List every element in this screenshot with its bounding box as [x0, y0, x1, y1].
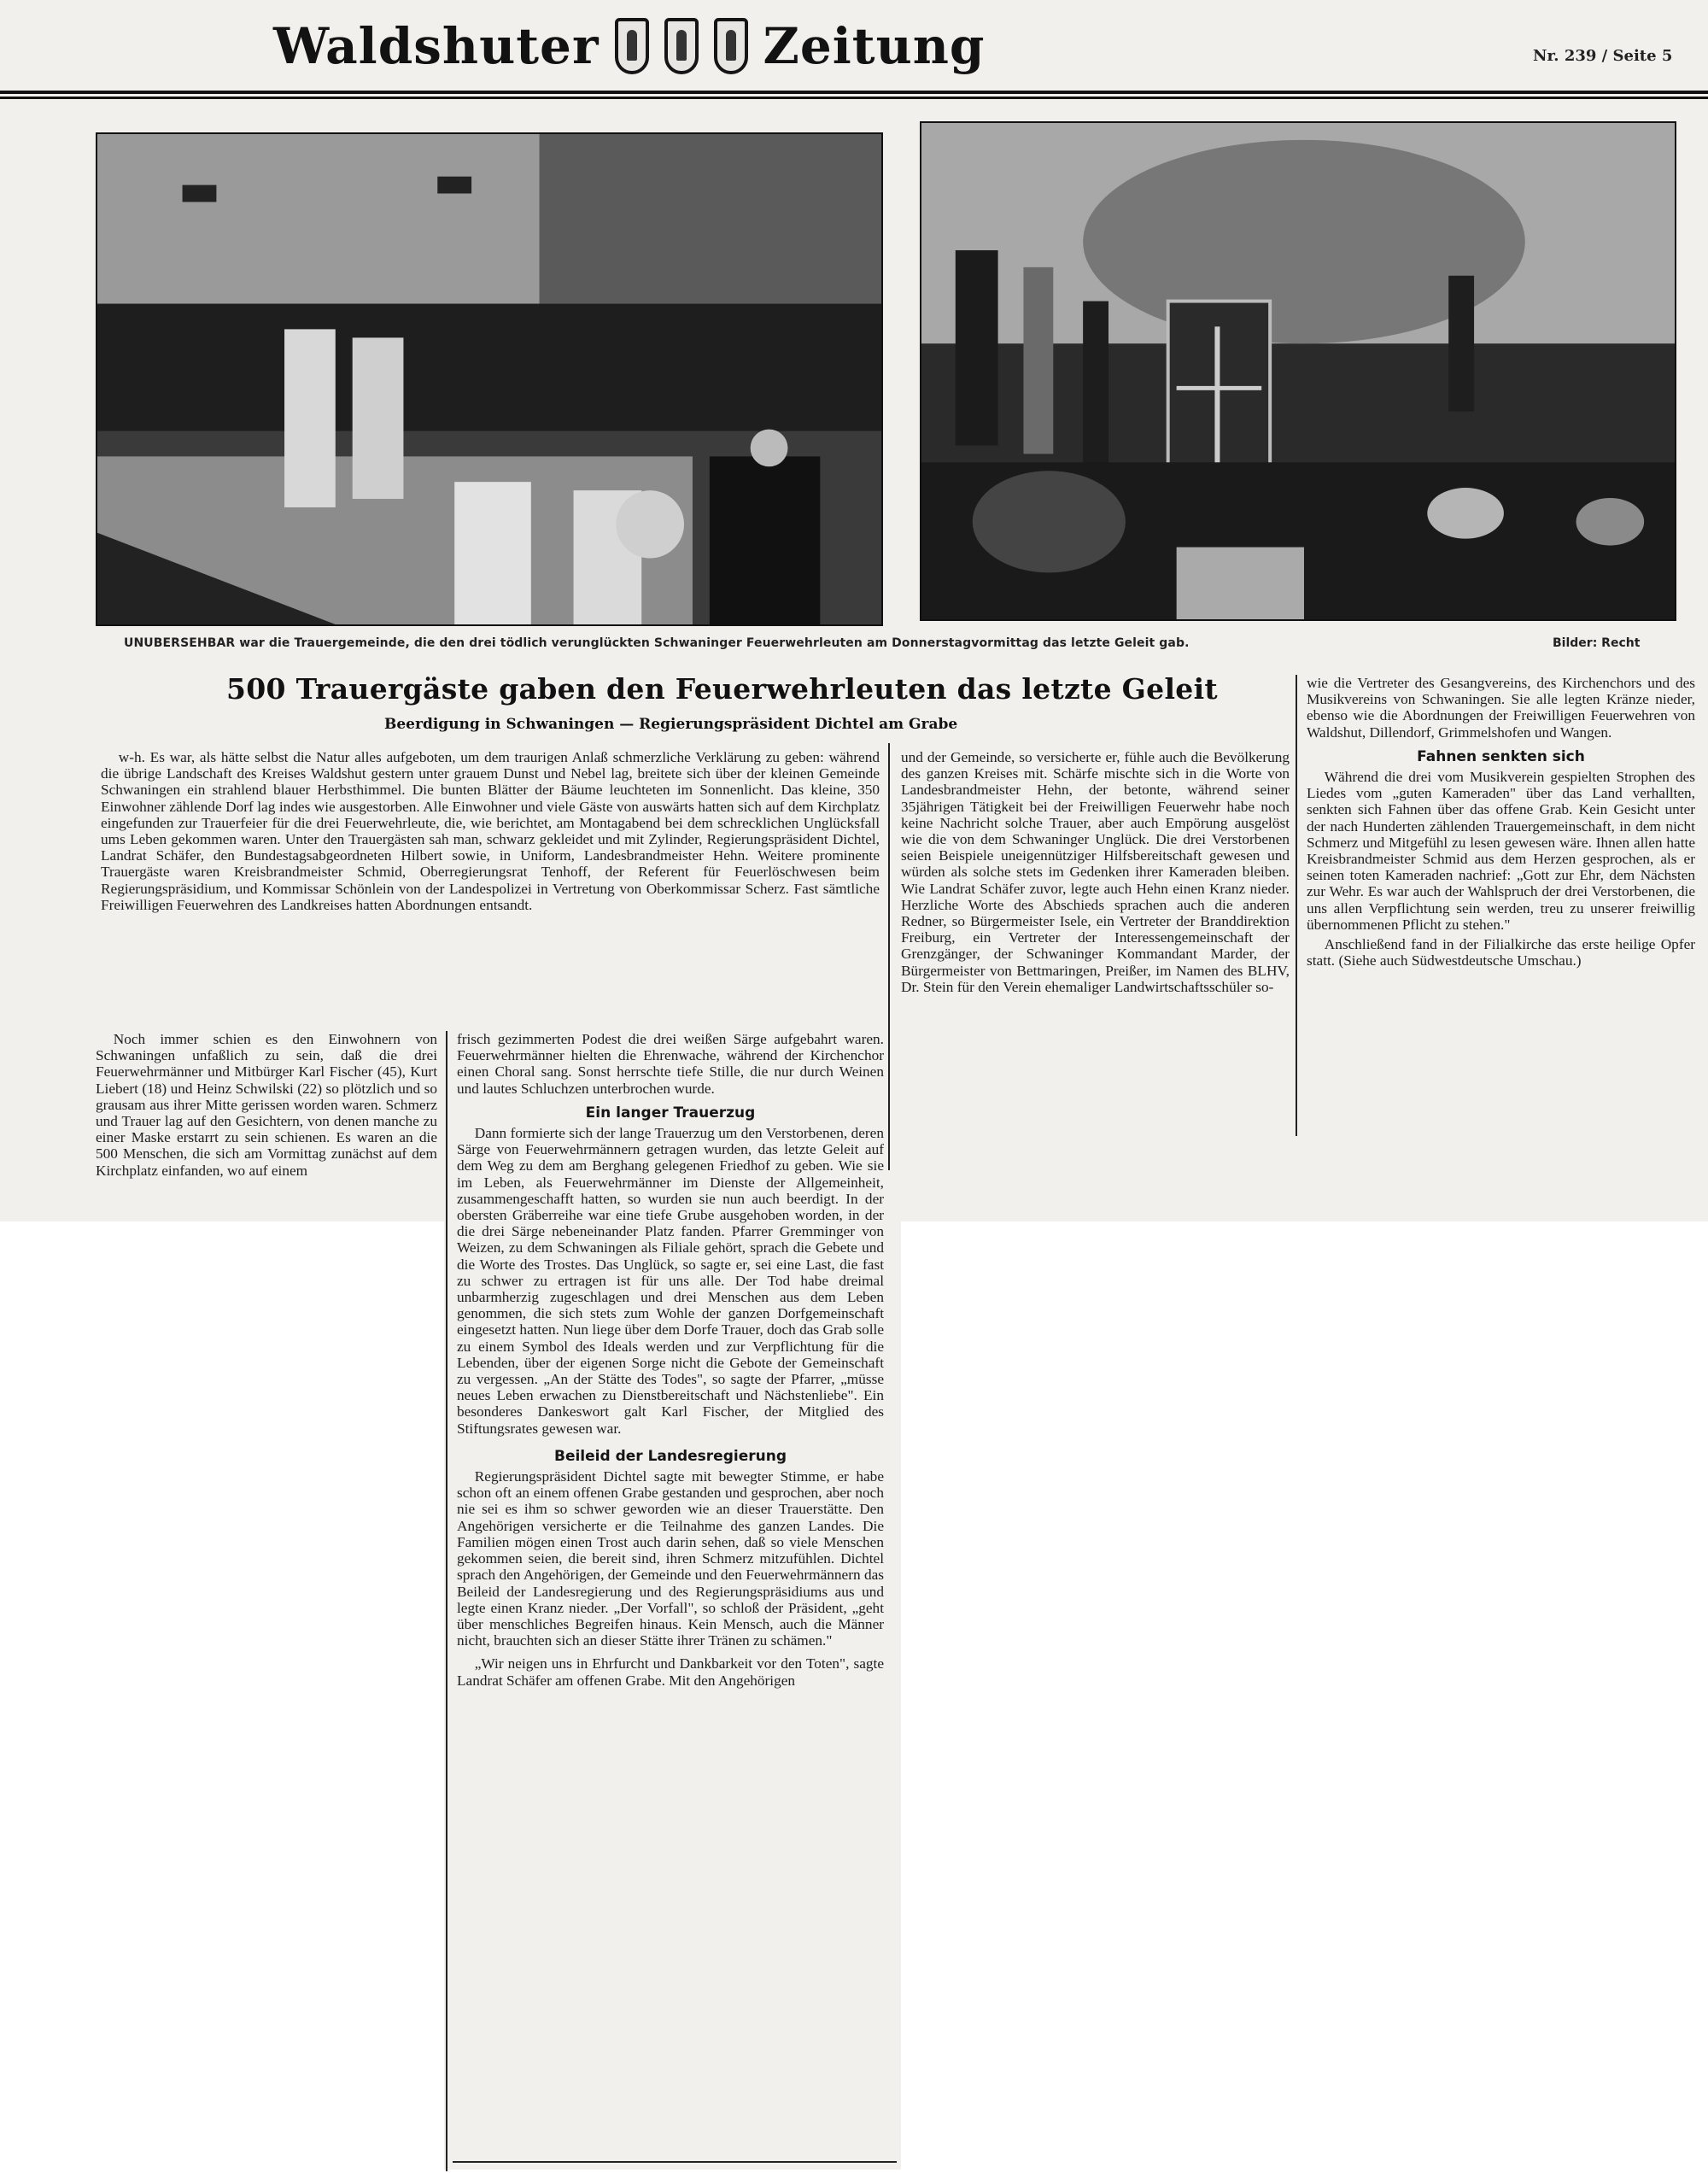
article-lead: w-h. Es war, als hätte selbst die Natur …: [101, 749, 880, 913]
column-divider-2: [888, 743, 890, 1170]
crest-icon-3: [714, 18, 748, 74]
section-trauerzug-paragraph: Dann formierte sich der lange Trauerzug …: [457, 1125, 884, 1437]
article-column-1: Noch immer schien es den Einwohnern von …: [96, 1031, 437, 1179]
photo-right-graveside: [920, 121, 1676, 621]
photo-left-image: [97, 134, 881, 624]
article-column-4: wie die Vertreter des Gesangvereins, des…: [1307, 675, 1695, 969]
photo-credit: Bilder: Recht: [1553, 636, 1640, 650]
column-2-paragraph: frisch gezimmerten Podest die drei weiße…: [457, 1031, 884, 1097]
article-column-3: und der Gemeinde, so versicherte er, füh…: [901, 749, 1290, 995]
article-subheadline: Beerdigung in Schwaningen — Regierungspr…: [384, 716, 957, 733]
photo-right-image: [921, 123, 1675, 619]
section-fahnen-paragraph: Während die drei vom Musikverein gespiel…: [1307, 769, 1695, 933]
photo-left-funeral-procession: [96, 132, 883, 626]
crest-icon-2: [664, 18, 699, 74]
bottom-rule: [453, 2161, 897, 2163]
section-heading-trauerzug: Ein langer Trauerzug: [457, 1105, 884, 1122]
section-heading-beileid: Beileid der Landesregierung: [457, 1449, 884, 1465]
column-divider-3: [1296, 675, 1297, 1136]
issue-number: Nr. 239 / Seite 5: [1533, 47, 1672, 65]
section-fahnen-paragraph-2: Anschließend fand in der Filialkirche da…: [1307, 936, 1695, 969]
masthead-title-right: Zeitung: [763, 17, 986, 75]
lead-paragraph: w-h. Es war, als hätte selbst die Natur …: [101, 749, 880, 913]
section-beileid-paragraph: Regierungspräsident Dichtel sagte mit be…: [457, 1468, 884, 1649]
crest-icon-1: [615, 18, 649, 74]
article-column-2: frisch gezimmerten Podest die drei weiße…: [457, 1031, 884, 1689]
masthead-rule: [0, 91, 1708, 99]
column-1-paragraph: Noch immer schien es den Einwohnern von …: [96, 1031, 437, 1179]
masthead-title-left: Waldshuter: [273, 17, 600, 75]
masthead: Waldshuter Zeitung: [273, 12, 985, 80]
column-4-paragraph: wie die Vertreter des Gesangvereins, des…: [1307, 675, 1695, 741]
article-headline: 500 Trauergäste gaben den Feuerwehrleute…: [226, 672, 1218, 706]
section-beileid-paragraph-2: „Wir neigen uns in Ehrfurcht und Dankbar…: [457, 1655, 884, 1688]
photo-caption: UNUBERSEHBAR war die Trauergemeinde, die…: [124, 636, 1190, 650]
column-divider-1: [446, 1031, 447, 2171]
section-heading-fahnen: Fahnen senkten sich: [1307, 749, 1695, 765]
column-3-paragraph: und der Gemeinde, so versicherte er, füh…: [901, 749, 1290, 995]
